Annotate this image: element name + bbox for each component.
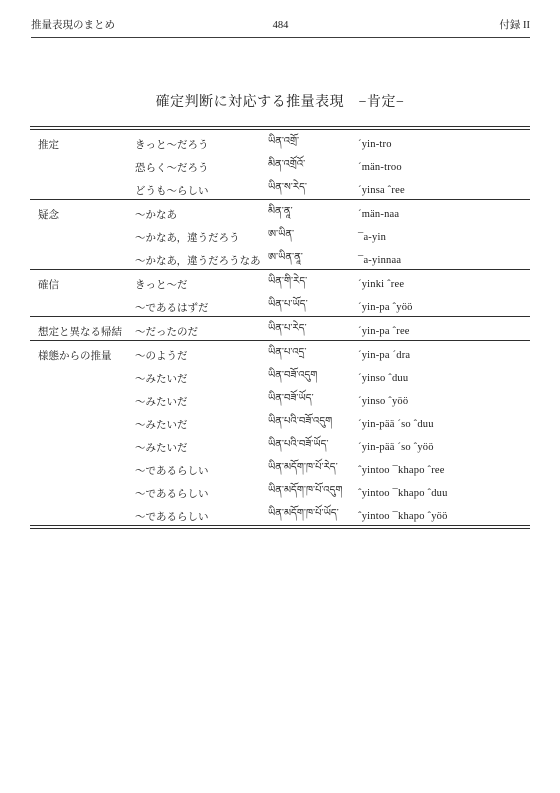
japanese-gloss: 〜みたいだ	[135, 417, 268, 432]
japanese-gloss: きっと〜だろう	[135, 137, 268, 152]
category-cell: 想定と異なる帰結	[30, 324, 135, 339]
romanization: ´yinso ˆduu	[358, 373, 530, 384]
japanese-gloss: 〜であるらしい	[135, 486, 268, 501]
romanization: ´yinsa ˆree	[358, 185, 530, 196]
section-title: 確定判断に対応する推量表現 −肯定−	[0, 91, 560, 111]
table-row: 〜みたいだ ཡིན་པའི་བཟོ་འདུག ´yin-pää ´so ˆduu	[30, 410, 530, 433]
table-row: 疑念 〜かなあ མིན་ནཱ་ ´män-naa	[30, 200, 530, 223]
japanese-gloss: 〜みたいだ	[135, 440, 268, 455]
page-number: 484	[273, 20, 289, 31]
category-cell: 様態からの推量	[30, 348, 135, 363]
japanese-gloss: 恐らく〜だろう	[135, 160, 268, 175]
romanization: ˆyintoo ¯khapo ˆduu	[358, 488, 530, 499]
japanese-gloss: 〜かなあ，違うだろうなあ	[135, 253, 268, 268]
japanese-gloss: どうも〜らしい	[135, 183, 268, 198]
japanese-gloss: 〜であるらしい	[135, 463, 268, 478]
table-row: 〜であるらしい ཡིན་མདོག་ཁ་པོ་རེད་ ˆyintoo ¯khap…	[30, 456, 530, 479]
romanization: ´yin-pää ´so ˆyöö	[358, 442, 530, 453]
romanization: ´män-naa	[358, 209, 530, 220]
japanese-gloss: 〜だったのだ	[135, 324, 268, 339]
romanization: ¯a-yin	[358, 232, 530, 243]
running-header: 推量表現のまとめ 484 付録 II	[31, 17, 530, 38]
table-section-ginen: 疑念 〜かなあ མིན་ནཱ་ ´män-naa 〜かなあ，違うだろう ཨ་ཡི…	[30, 200, 530, 270]
table-row: 〜みたいだ ཡིན་བཟོ་ཡོད་ ´yinso ˆyöö	[30, 387, 530, 410]
japanese-gloss: 〜のようだ	[135, 348, 268, 363]
romanization: ´män-troo	[358, 162, 530, 173]
category-cell: 推定	[30, 137, 135, 152]
japanese-gloss: きっと〜だ	[135, 277, 268, 292]
table-section-kakushin: 確信 きっと〜だ ཡིན་གི་རེད་ ´yinki ˆree 〜であるはずだ…	[30, 270, 530, 317]
romanization: ´yin-tro	[358, 139, 530, 150]
japanese-gloss: 〜かなあ	[135, 207, 268, 222]
table-section-suitei: 推定 きっと〜だろう ཡིན་འགྲོ་ ´yin-tro 恐らく〜だろう མི…	[30, 130, 530, 200]
table-row: 確信 きっと〜だ ཡིན་གི་རེད་ ´yinki ˆree	[30, 270, 530, 293]
romanization: ´yinki ˆree	[358, 279, 530, 290]
table-row: 〜かなあ，違うだろうなあ ཨ་ཡིན་ནཱ་ ¯a-yinnaa	[30, 246, 530, 269]
japanese-gloss: 〜みたいだ	[135, 394, 268, 409]
romanization: ´yinso ˆyöö	[358, 396, 530, 407]
table-row: 〜であるらしい ཡིན་མདོག་ཁ་པོ་ཡོད་ ˆyintoo ¯khap…	[30, 502, 530, 525]
table-row: 〜みたいだ ཡིན་པའི་བཟོ་ཡོད་ ´yin-pää ´so ˆyöö	[30, 433, 530, 456]
table-row: 想定と異なる帰結 〜だったのだ ཡིན་པ་རེད་ ´yin-pa ˆree	[30, 317, 530, 340]
evidential-table: 推定 きっと〜だろう ཡིན་འགྲོ་ ´yin-tro 恐らく〜だろう མི…	[30, 126, 530, 529]
table-row: 様態からの推量 〜のようだ ཡིན་པ་འདྲ་ ´yin-pa ´dra	[30, 341, 530, 364]
table-row: どうも〜らしい ཡིན་ས་རེད་ ´yinsa ˆree	[30, 176, 530, 199]
romanization: ´yin-pa ˆyöö	[358, 302, 530, 313]
header-left-title: 推量表現のまとめ	[31, 17, 273, 32]
table-section-soutei: 想定と異なる帰結 〜だったのだ ཡིན་པ་རེད་ ´yin-pa ˆree	[30, 317, 530, 341]
japanese-gloss: 〜であるはずだ	[135, 300, 268, 315]
romanization: ˆyintoo ¯khapo ˆyöö	[358, 511, 530, 522]
category-cell: 疑念	[30, 207, 135, 222]
table-row: 推定 きっと〜だろう ཡིན་འགྲོ་ ´yin-tro	[30, 130, 530, 153]
table-row: 〜みたいだ ཡིན་བཟོ་འདུག ´yinso ˆduu	[30, 364, 530, 387]
table-row: 〜かなあ，違うだろう ཨ་ཡིན་ ¯a-yin	[30, 223, 530, 246]
romanization: ´yin-pa ˆree	[358, 326, 530, 337]
japanese-gloss: 〜であるらしい	[135, 509, 268, 524]
japanese-gloss: 〜かなあ，違うだろう	[135, 230, 268, 245]
document-page: 推量表現のまとめ 484 付録 II 確定判断に対応する推量表現 −肯定− 推定…	[0, 0, 560, 793]
category-cell: 確信	[30, 277, 135, 292]
table-row: 〜であるらしい ཡིན་མདོག་ཁ་པོ་འདུག ˆyintoo ¯khap…	[30, 479, 530, 502]
romanization: ¯a-yinnaa	[358, 255, 530, 266]
table-section-youtai: 様態からの推量 〜のようだ ཡིན་པ་འདྲ་ ´yin-pa ´dra 〜み…	[30, 341, 530, 525]
table-row: 〜であるはずだ ཡིན་པ་ཡོད་ ´yin-pa ˆyöö	[30, 293, 530, 316]
romanization: ´yin-pää ´so ˆduu	[358, 419, 530, 430]
japanese-gloss: 〜みたいだ	[135, 371, 268, 386]
table-row: 恐らく〜だろう མིན་འགྲོའོ་ ´män-troo	[30, 153, 530, 176]
romanization: ˆyintoo ¯khapo ˆree	[358, 465, 530, 476]
tibetan-script: ཡིན་མདོག་ཁ་པོ་ཡོད་	[268, 502, 358, 530]
romanization: ´yin-pa ´dra	[358, 350, 530, 361]
header-right-appendix: 付録 II	[288, 17, 530, 32]
